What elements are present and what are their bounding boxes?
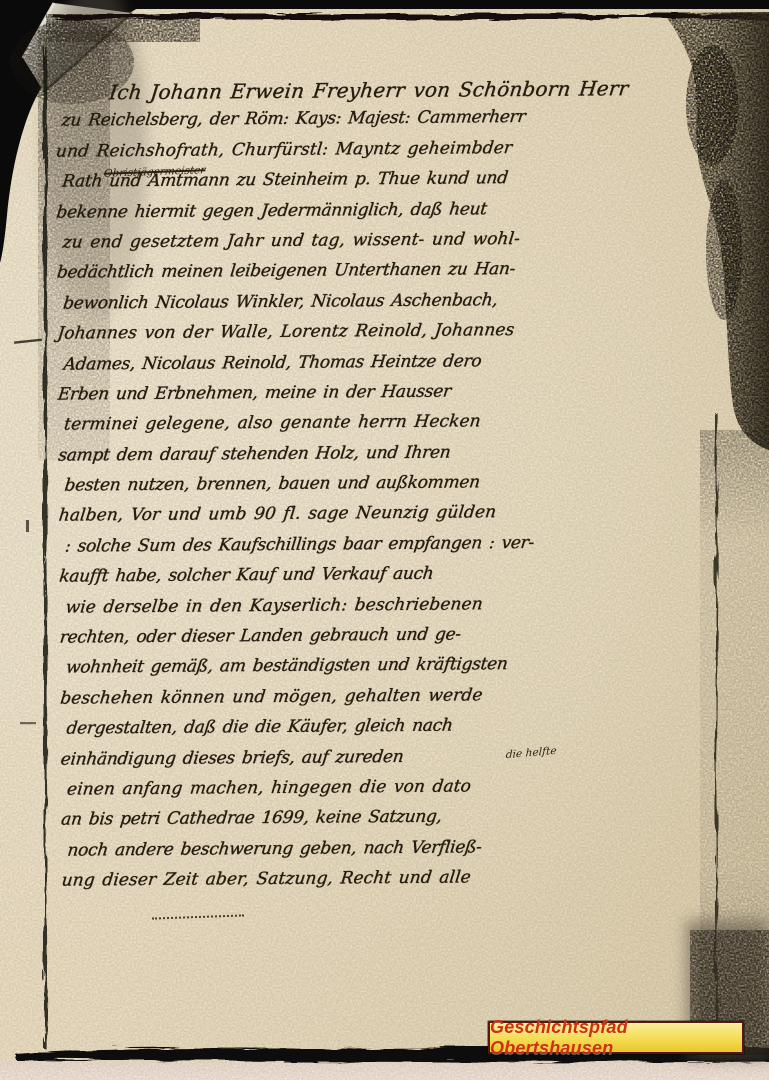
manuscript-line: halben, Vor und umb 90 fl. sage Neunzig … — [57, 501, 728, 537]
manuscript-line: an bis petri Cathedrae 1699, keine Satzu… — [59, 805, 730, 841]
manuscript-line: kaufft habe, solcher Kauf und Verkauf au… — [57, 562, 728, 598]
history-path-plaque: Geschichtspfad Obertshausen — [488, 1021, 744, 1054]
manuscript-text-block: Ich Johann Erwein Freyherr von Schönborn… — [55, 75, 729, 901]
manuscript-line: bedächtlich meinen leibeigenen Unterthan… — [55, 258, 726, 294]
manuscript-line: dergestalten, daß die die Käufer, gleich… — [58, 714, 729, 750]
manuscript-line: terminei gelegene, also genante herrn He… — [56, 410, 727, 446]
manuscript-line: wohnheit gemäß, am beständigsten und krä… — [58, 653, 729, 689]
manuscript-line: Johannes von der Walle, Lorentz Reinold,… — [55, 318, 726, 354]
paper-bottom-strip — [0, 1061, 769, 1080]
manuscript-line: zu Reichelsberg, der Röm: Kays: Majest: … — [53, 106, 724, 142]
manuscript-line: ung dieser Zeit aber, Satzung, Recht und… — [59, 866, 730, 902]
plaque-label: Geschichtspfad Obertshausen — [490, 1017, 742, 1059]
photographed-document: Ich Johann Erwein Freyherr von Schönborn… — [0, 0, 769, 1080]
